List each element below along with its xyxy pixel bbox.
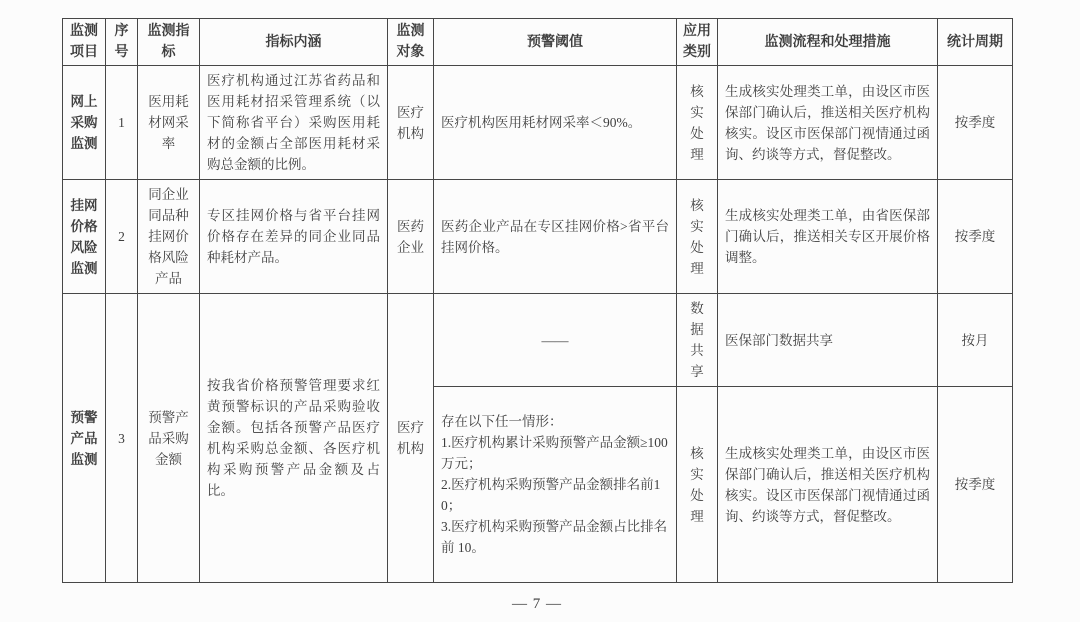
cell-indicator: 预警产品采购金额 — [138, 294, 200, 583]
cell-category: 核实处理 — [677, 66, 718, 180]
col-header-project: 监测项目 — [63, 19, 106, 66]
cell-content: 按我省价格预警管理要求红黄预警标识的产品采购验收金额。包括各预警产品医疗机构采购… — [200, 294, 388, 583]
col-header-target: 监测对象 — [388, 19, 434, 66]
cell-process: 医保部门数据共享 — [718, 294, 938, 387]
cell-category: 核实处理 — [677, 180, 718, 294]
cell-target: 医疗机构 — [388, 66, 434, 180]
cell-content: 医疗机构通过江苏省药品和医用耗材招采管理系统（以下简称省平台）采购医用耗材的金额… — [200, 66, 388, 180]
cell-indicator: 同企业同品种挂网价格风险产品 — [138, 180, 200, 294]
cell-category: 核实处理 — [677, 387, 718, 583]
cell-category: 数据共享 — [677, 294, 718, 387]
cell-cycle: 按季度 — [938, 387, 1013, 583]
table-row: 预警产品监测 3 预警产品采购金额 按我省价格预警管理要求红黄预警标识的产品采购… — [63, 294, 1013, 387]
cell-project: 网上采购监测 — [63, 66, 106, 180]
col-header-process: 监测流程和处理措施 — [718, 19, 938, 66]
col-header-no: 序号 — [106, 19, 138, 66]
table-row: 网上采购监测 1 医用耗材网采率 医疗机构通过江苏省药品和医用耗材招采管理系统（… — [63, 66, 1013, 180]
cell-project: 预警产品监测 — [63, 294, 106, 583]
cell-target: 医疗机构 — [388, 294, 434, 583]
cell-no: 3 — [106, 294, 138, 583]
cell-process: 生成核实处理类工单，由设区市医保部门确认后，推送相关医疗机构核实。设区市医保部门… — [718, 387, 938, 583]
cell-no: 2 — [106, 180, 138, 294]
cell-threshold: 医药企业产品在专区挂网价格>省平台挂网价格。 — [434, 180, 677, 294]
document-page: 监测项目 序号 监测指标 指标内涵 监测对象 预警阈值 应用类别 监测流程和处理… — [62, 18, 1012, 583]
cell-threshold: 存在以下任一情形： 1.医疗机构累计采购预警产品金额≥100万元； 2.医疗机构… — [434, 387, 677, 583]
monitoring-table: 监测项目 序号 监测指标 指标内涵 监测对象 预警阈值 应用类别 监测流程和处理… — [62, 18, 1013, 583]
cell-cycle: 按季度 — [938, 66, 1013, 180]
col-header-category: 应用类别 — [677, 19, 718, 66]
table-row: 挂网价格风险监测 2 同企业同品种挂网价格风险产品 专区挂网价格与省平台挂网价格… — [63, 180, 1013, 294]
cell-cycle: 按月 — [938, 294, 1013, 387]
table-header-row: 监测项目 序号 监测指标 指标内涵 监测对象 预警阈值 应用类别 监测流程和处理… — [63, 19, 1013, 66]
cell-threshold: 医疗机构医用耗材网采率＜90%。 — [434, 66, 677, 180]
col-header-threshold: 预警阈值 — [434, 19, 677, 66]
cell-project: 挂网价格风险监测 — [63, 180, 106, 294]
page-number: — 7 — — [62, 596, 1012, 613]
cell-indicator: 医用耗材网采率 — [138, 66, 200, 180]
cell-threshold: —— — [434, 294, 677, 387]
cell-process: 生成核实处理类工单，由设区市医保部门确认后，推送相关医疗机构核实。设区市医保部门… — [718, 66, 938, 180]
cell-target: 医药企业 — [388, 180, 434, 294]
cell-process: 生成核实处理类工单，由省医保部门确认后，推送相关专区开展价格调整。 — [718, 180, 938, 294]
col-header-content: 指标内涵 — [200, 19, 388, 66]
col-header-indicator: 监测指标 — [138, 19, 200, 66]
col-header-cycle: 统计周期 — [938, 19, 1013, 66]
cell-cycle: 按季度 — [938, 180, 1013, 294]
cell-no: 1 — [106, 66, 138, 180]
cell-content: 专区挂网价格与省平台挂网价格存在差异的同企业同品种耗材产品。 — [200, 180, 388, 294]
